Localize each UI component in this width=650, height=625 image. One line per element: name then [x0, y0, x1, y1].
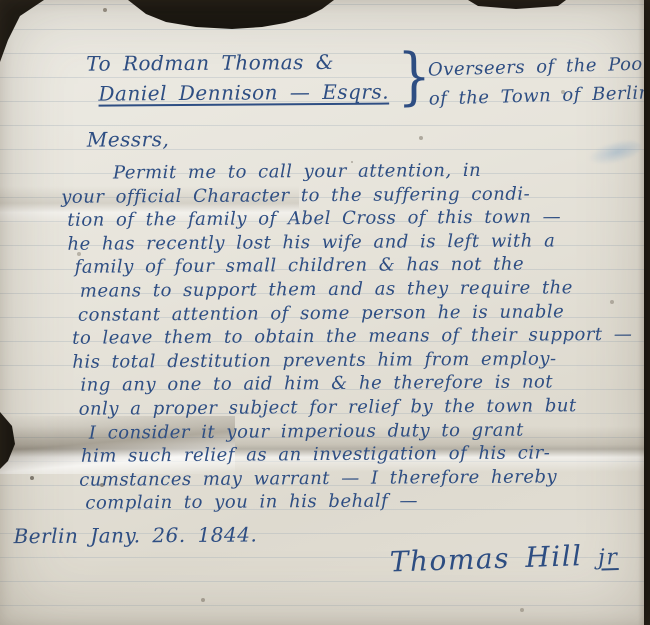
signature-name: Thomas Hill	[389, 539, 583, 578]
body-line: cumstances may warrant — I therefore her…	[79, 465, 633, 492]
body-line: only a proper subject for relief by the …	[79, 394, 633, 421]
body-line: Permit me to call your attention, in	[113, 158, 631, 185]
address-right-line2: of the Town of Berlin	[428, 78, 650, 113]
address-to-line2: Daniel Dennison — Esqrs.	[98, 80, 389, 106]
address-block: To Rodman Thomas & Daniel Dennison — Esq…	[86, 50, 389, 106]
body-line: to leave them to obtain the means of the…	[72, 323, 632, 351]
body-line: means to support them and as they requir…	[80, 276, 632, 303]
address-to-line1: To Rodman Thomas &	[86, 50, 389, 76]
address-recipient-role: Overseers of the Poor of the Town of Ber…	[428, 49, 650, 113]
letter-scan: To Rodman Thomas & Daniel Dennison — Esq…	[0, 0, 650, 625]
body-line: complain to you in his behalf —	[85, 488, 633, 515]
signature-suffix: jr	[598, 545, 619, 571]
signature: Thomas Hill jr	[389, 538, 619, 579]
letter-body: Permit me to call your attention, in you…	[57, 158, 634, 516]
handwriting-layer: To Rodman Thomas & Daniel Dennison — Esq…	[0, 0, 650, 625]
body-line: he has recently lost his wife and is lef…	[67, 229, 631, 257]
dateline: Berlin Jany. 26. 1844.	[13, 522, 257, 548]
address-brace: }	[397, 45, 431, 107]
salutation: Messrs,	[87, 127, 170, 152]
